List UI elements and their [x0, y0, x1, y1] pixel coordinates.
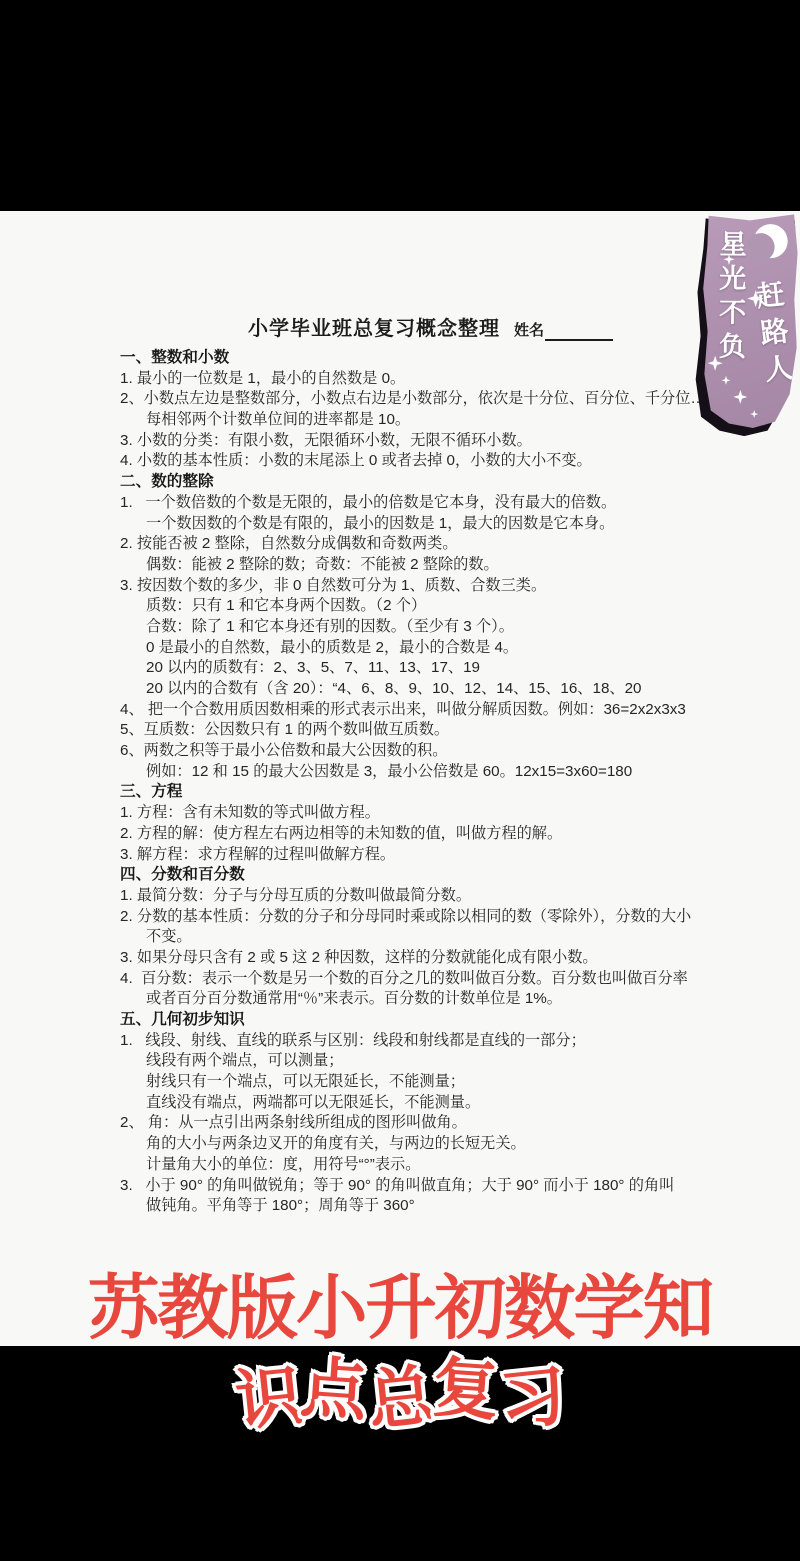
footer-line1: 苏教版小升初数学知: [0, 1252, 800, 1353]
document-line: 1. 方程：含有未知数的等式叫做方程。: [120, 803, 720, 824]
document-line: 计量角大小的单位：度，用符号“°”表示。: [120, 1155, 720, 1176]
footer-line2: 识点总复习: [0, 1340, 800, 1435]
document-line: 4. 小数的基本性质：小数的末尾添上 0 或者去掉 0，小数的大小不变。: [120, 451, 720, 472]
sticker-text-left: 星光不负: [711, 230, 751, 366]
document-line: 不变。: [120, 927, 720, 948]
document-line: 20 以内的质数有：2、3、5、7、11、13、17、19: [120, 658, 720, 679]
sparkle-icon: [750, 410, 758, 418]
section-heading: 四、分数和百分数: [120, 865, 720, 886]
section-heading: 三、方程: [120, 782, 720, 803]
document-line: 4、 把一个合数用质因数相乘的形式表示出来，叫做分解质因数。例如：36=2x2x…: [120, 700, 720, 721]
section-heading: 一、整数和小数: [120, 348, 720, 369]
document-line: 3. 小数的分类：有限小数，无限循环小数，无限不循环小数。: [120, 431, 720, 452]
document-line: 6、两数之积等于最小公倍数和最大公因数的积。: [120, 741, 720, 762]
document-line: 例如：12 和 15 的最大公因数是 3，最小公倍数是 60。12x15=3x6…: [120, 762, 720, 783]
section-heading: 五、几何初步知识: [120, 1010, 720, 1031]
document-line: 1. 最小的一位数是 1，最小的自然数是 0。: [120, 369, 720, 390]
document-line: 做钝角。平角等于 180°；周角等于 360°: [120, 1196, 720, 1217]
document-line: 一个数因数的个数是有限的，最小的因数是 1，最大的因数是它本身。: [120, 514, 720, 535]
document-line: 合数：除了 1 和它本身还有别的因数。（至少有 3 个）。: [120, 617, 720, 638]
section-heading: 二、数的整除: [120, 472, 720, 493]
document-line: 线段有两个端点，可以测量；: [120, 1051, 720, 1072]
document-line: 3. 解方程：求方程解的过程叫做解方程。: [120, 845, 720, 866]
sticker-text-right: 赶路人: [747, 278, 799, 393]
document-line: 3. 小于 90° 的角叫做锐角；等于 90° 的角叫做直角；大于 90° 而小…: [120, 1176, 720, 1197]
name-label: 姓名: [514, 319, 544, 341]
document-line: 20 以内的合数有（含 20）：“4、6、8、9、10、12、14、15、16、…: [120, 679, 720, 700]
crescent-moon-icon: [754, 224, 788, 258]
document-line: 0 是最小的自然数，最小的质数是 2，最小的合数是 4。: [120, 638, 720, 659]
document-line: 角的大小与两条边叉开的角度有关，与两边的长短无关。: [120, 1134, 720, 1155]
document-line: 1. 一个数倍数的个数是无限的，最小的倍数是它本身，没有最大的倍数。: [120, 493, 720, 514]
footer-line2-char: 习: [495, 1342, 571, 1443]
name-blank-line: [545, 325, 613, 341]
document-line: 2、小数点左边是整数部分，小数点右边是小数部分，依次是十分位、百分位、千分位……: [120, 389, 720, 410]
footer-line2-char: 总: [363, 1342, 439, 1443]
document-line: 2. 方程的解：使方程左右两边相等的未知数的值，叫做方程的解。: [120, 824, 720, 845]
footer-line2-char: 复: [430, 1334, 502, 1433]
document-line: 每相邻两个计数单位间的进率都是 10。: [120, 410, 720, 431]
sparkle-icon: [721, 376, 730, 385]
footer-line2-char: 识: [231, 1342, 307, 1443]
document-line: 或者百分百分数通常用“％”来表示。百分数的计数单位是 1%。: [120, 989, 720, 1010]
document-header: 小学毕业班总复习概念整理 姓名: [248, 312, 613, 341]
sparkle-icon: [733, 390, 747, 404]
document-line: 5、互质数：公因数只有 1 的两个数叫做互质数。: [120, 720, 720, 741]
document-line: 1. 最简分数：分子与分母互质的分数叫做最简分数。: [120, 886, 720, 907]
moon-cutout: [747, 233, 775, 261]
document-line: 2. 按能否被 2 整除，自然数分成偶数和奇数两类。: [120, 534, 720, 555]
document-line: 3. 如果分母只含有 2 或 5 这 2 种因数，这样的分数就能化成有限小数。: [120, 948, 720, 969]
document-line: 直线没有端点，两端都可以无限延长，不能测量。: [120, 1093, 720, 1114]
corner-sticker: 星光不负 赶路人: [690, 210, 800, 438]
sticker-body: 星光不负 赶路人: [700, 214, 798, 429]
document-line: 3. 按因数个数的多少，非 0 自然数可分为 1、质数、合数三类。: [120, 576, 720, 597]
document-line: 质数：只有 1 和它本身两个因数。（2 个）: [120, 596, 720, 617]
document-line: 4. 百分数：表示一个数是另一个数的百分之几的数叫做百分数。百分数也叫做百分率: [120, 969, 720, 990]
document-line: 2. 分数的基本性质：分数的分子和分母同时乘或除以相同的数（零除外），分数的大小: [120, 907, 720, 928]
document-line: 偶数：能被 2 整除的数；奇数：不能被 2 整除的数。: [120, 555, 720, 576]
page-title: 小学毕业班总复习概念整理: [248, 312, 500, 341]
document-body: 一、整数和小数1. 最小的一位数是 1，最小的自然数是 0。2、小数点左边是整数…: [120, 348, 720, 1217]
footer-line2-char: 点: [298, 1334, 370, 1433]
document-line: 射线只有一个端点，可以无限延长，不能测量；: [120, 1072, 720, 1093]
document-line: 1. 线段、射线、直线的联系与区别：线段和射线都是直线的一部分；: [120, 1031, 720, 1052]
document-line: 2、 角：从一点引出两条射线所组成的图形叫做角。: [120, 1113, 720, 1134]
